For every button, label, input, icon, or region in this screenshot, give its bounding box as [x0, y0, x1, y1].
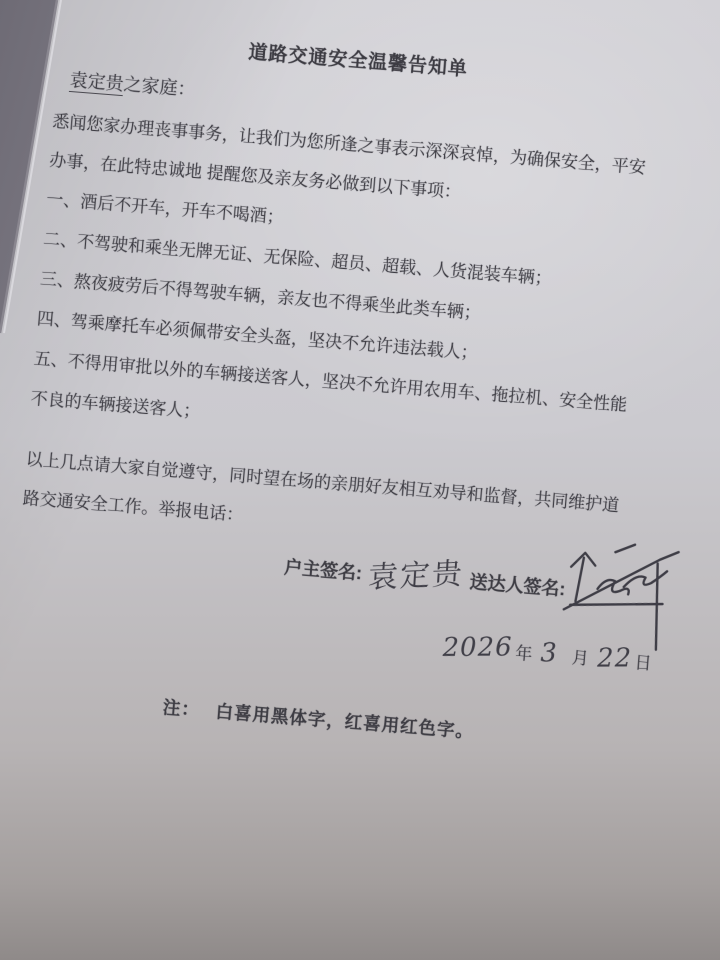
date-day-handwriting: 22 [597, 643, 632, 673]
footnote-label: 注： [162, 694, 201, 722]
rules-list: 一、酒后不开车，开车不喝酒； 二、不驾驶和乘坐无牌无证、无保险、超员、超载、人货… [29, 180, 646, 466]
date-year-unit: 年 [515, 639, 534, 665]
addressee-suffix: 之家庭： [123, 74, 196, 100]
addressee-name: 袁定贵 [69, 70, 125, 96]
signature-row: 户主签名: 袁定贵 送达人签名: [283, 551, 618, 607]
notice-document: 道路交通安全温馨告知单 袁定贵之家庭： 悉闻您家办理丧事事务，让我们为您所逢之事… [6, 26, 658, 754]
householder-signature-label: 户主签名: [283, 553, 363, 585]
householder-signature-handwriting: 袁定贵 [367, 548, 466, 596]
deliverer-signature-label: 送达人签名: [469, 568, 567, 601]
date-month-handwriting: 3 [540, 638, 558, 668]
date-year-handwriting: 2026 [442, 632, 512, 663]
